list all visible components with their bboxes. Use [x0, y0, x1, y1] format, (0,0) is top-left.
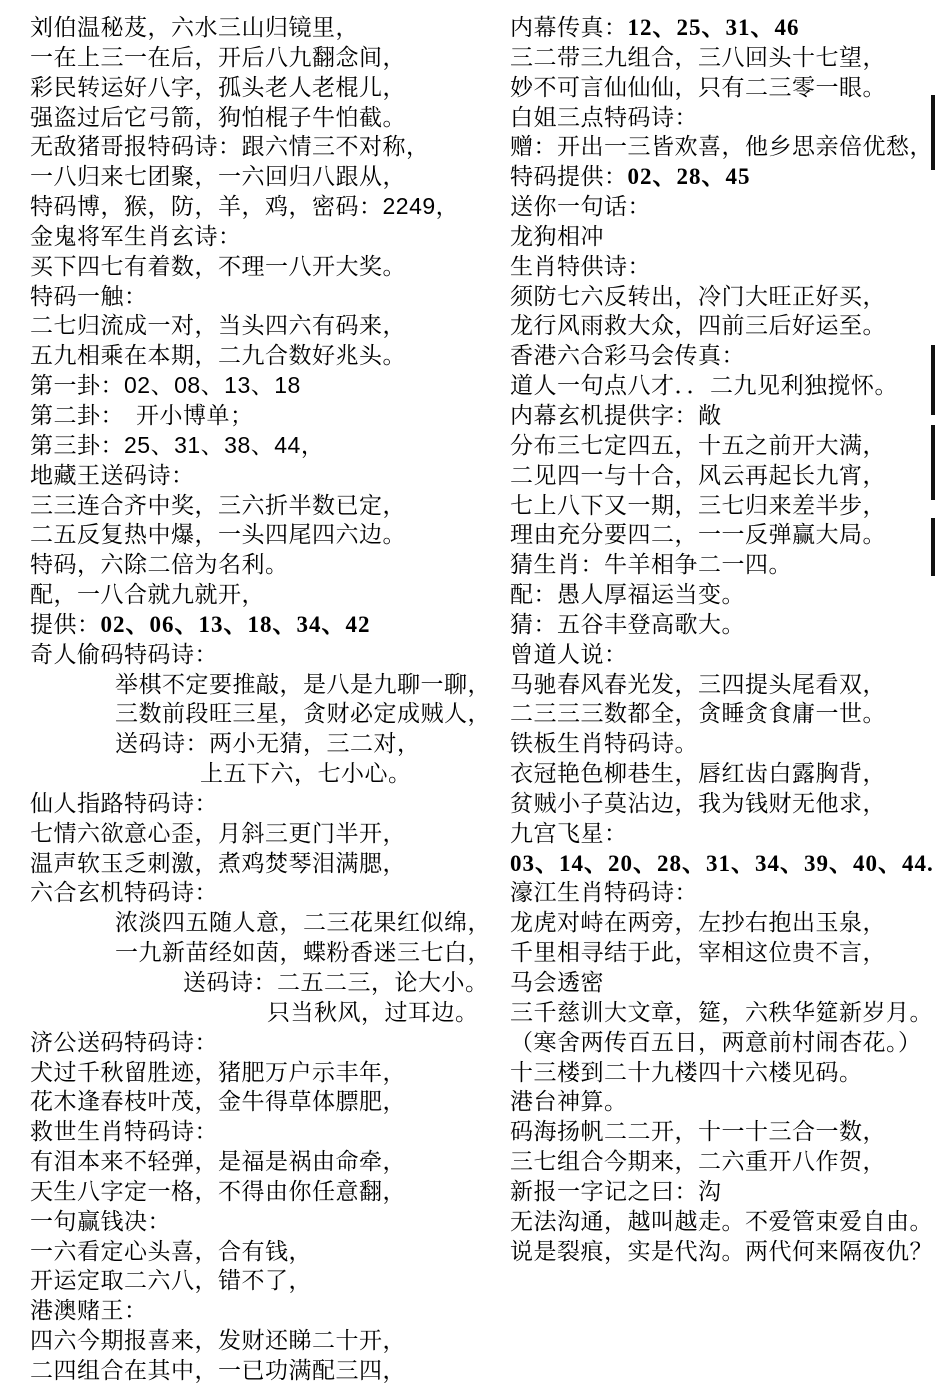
line-text: 第三卦：25、31、38、44，: [30, 432, 324, 458]
text-line: 六合玄机特码诗：: [30, 878, 500, 908]
text-line: 地藏王送码诗：: [30, 461, 500, 491]
line-text: 仙人指路特码诗：: [30, 790, 218, 816]
line-text: 三三连合齐中奖，三六折半数已定，: [30, 492, 406, 518]
line-text: 提供：: [30, 611, 101, 637]
line-text: 送码诗：两小无猜，三二对，: [115, 730, 421, 756]
text-line: 犬过千秋留胜迹，猪肥万户示丰年，: [30, 1058, 500, 1088]
line-text: 五九相乘在本期，二九合数好兆头。: [30, 342, 406, 368]
line-text: 一在上三一在后，开后八九翻念间，: [30, 44, 406, 70]
line-text: 一六看定心头喜，合有钱，: [30, 1238, 312, 1264]
text-line: 码海扬帆二二开，十一十三合一数，: [510, 1117, 935, 1147]
line-text: 内幕传真：: [510, 14, 628, 40]
line-text: 九宫飞星：: [510, 820, 628, 846]
text-line: 三三连合齐中奖，三六折半数已定，: [30, 491, 500, 521]
line-text: 说是裂痕，实是代沟。两代何来隔夜仇？: [510, 1238, 933, 1264]
line-text: 特码博，猴，防，羊，鸡，密码：2249，: [30, 193, 459, 219]
line-text: 上五下六，七小心。: [200, 760, 412, 786]
line-text: 救世生肖特码诗：: [30, 1118, 218, 1144]
text-line: 曾道人说：: [510, 640, 935, 670]
line-text: 四六今期报喜来，发财还睇二十开，: [30, 1327, 406, 1353]
line-text: 码海扬帆二二开，十一十三合一数，: [510, 1118, 886, 1144]
line-text: 须防七六反转出，冷门大旺正好买，: [510, 283, 886, 309]
scan-artifact-mark: [931, 95, 935, 170]
text-line: 上五下六，七小心。: [30, 759, 500, 789]
text-line: 九宫飞星：: [510, 819, 935, 849]
text-line: 十三楼到二十九楼四十六楼见码。: [510, 1058, 935, 1088]
text-line: 奇人偷码特码诗：: [30, 640, 500, 670]
text-line: 开运定取二六八，错不了，: [30, 1266, 500, 1296]
text-line: 送你一句话：: [510, 192, 935, 222]
text-line: 说是裂痕，实是代沟。两代何来隔夜仇？: [510, 1237, 935, 1267]
line-text: 举棋不定要推敲，是八是九聊一聊，: [115, 671, 491, 697]
line-text: 龙虎对峙在两旁，左抄右抱出玉泉，: [510, 909, 886, 935]
text-line: 济公送码特码诗：: [30, 1028, 500, 1058]
line-text: 二七归流成一对，当头四六有码来，: [30, 312, 406, 338]
number-sequence: 02、06、13、18、34、42: [101, 612, 371, 637]
right-text-column: 内幕传真：12、25、31、46三二带三九组合，三八回头十七望，妙不可言仙仙仙，…: [510, 13, 935, 1266]
text-line: 03、14、20、28、31、34、39、40、44.: [510, 849, 935, 879]
text-line: 二七归流成一对，当头四六有码来，: [30, 311, 500, 341]
text-line: 特码，六除二倍为名利。: [30, 550, 500, 580]
text-line: 送码诗：两小无猜，三二对，: [30, 729, 500, 759]
line-text: 有泪本来不轻弹，是福是祸由命牵，: [30, 1148, 406, 1174]
line-text: 六合玄机特码诗：: [30, 879, 218, 905]
line-text: 天生八字定一格，不得由你任意翻，: [30, 1178, 406, 1204]
text-line: 一八归来七团聚，一六回归八跟从，: [30, 162, 500, 192]
text-line: 三千慈训大文章，筵，六秩华筵新岁月。: [510, 998, 935, 1028]
line-text: 分布三七定四五，十五之前开大满，: [510, 432, 886, 458]
text-line: 内幕传真：12、25、31、46: [510, 13, 935, 43]
number-sequence: 03、14、20、28、31、34、39、40、44.: [510, 851, 934, 876]
line-text: 奇人偷码特码诗：: [30, 641, 218, 667]
text-line: 仙人指路特码诗：: [30, 789, 500, 819]
line-text: 马驰春风春光发，三四提头尾看双，: [510, 671, 886, 697]
text-line: 第一卦：02、08、13、18: [30, 371, 500, 401]
text-line: 一句赢钱决：: [30, 1207, 500, 1237]
line-text: 金鬼将军生肖玄诗：: [30, 223, 242, 249]
line-text: 无敌猪哥报特码诗：跟六情三不对称，: [30, 133, 430, 159]
text-line: 道人一句点八才．．二九见利独搅怀。: [510, 371, 935, 401]
text-line: 金鬼将军生肖玄诗：: [30, 222, 500, 252]
line-text: 七情六欲意心歪，月斜三更门半开，: [30, 820, 406, 846]
text-line: 特码博，猴，防，羊，鸡，密码：2249，: [30, 192, 500, 222]
text-line: 花木逢春枝叶茂，金牛得草体膘肥，: [30, 1087, 500, 1117]
line-text: 香港六合彩马会传真：: [510, 342, 745, 368]
line-text: 温声软玉乏刺激，煮鸡焚琴泪满腮，: [30, 850, 406, 876]
text-line: 香港六合彩马会传真：: [510, 341, 935, 371]
line-text: （寒舍两传百五日，两意前村闹杏花。）: [510, 1029, 922, 1055]
line-text: 浓淡四五随人意，二三花果红似绵，: [115, 909, 491, 935]
scanned-lottery-tip-sheet: 刘伯温秘芨，六水三山归镜里，一在上三一在后，开后八九翻念间，彩民转运好八字，孤头…: [0, 0, 935, 1388]
line-text: 第一卦：02、08、13、18: [30, 372, 301, 398]
line-text: 新报一字记之曰：沟: [510, 1178, 722, 1204]
line-text: 特码一触：: [30, 283, 148, 309]
line-text: 龙狗相冲: [510, 223, 604, 249]
text-line: 马驰春风春光发，三四提头尾看双，: [510, 670, 935, 700]
scan-artifact-mark: [931, 518, 935, 576]
line-text: 无法沟通，越叫越走。不爱管束爱自由。: [510, 1208, 933, 1234]
line-text: 送码诗：二五二三，论大小。: [183, 969, 489, 995]
line-text: 强盗过后它弓箭，狗怕棍子牛怕截。: [30, 104, 406, 130]
text-line: （寒舍两传百五日，两意前村闹杏花。）: [510, 1028, 935, 1058]
text-line: 特码一触：: [30, 282, 500, 312]
text-line: 强盗过后它弓箭，狗怕棍子牛怕截。: [30, 103, 500, 133]
text-line: 刘伯温秘芨，六水三山归镜里，: [30, 13, 500, 43]
line-text: 犬过千秋留胜迹，猪肥万户示丰年，: [30, 1059, 406, 1085]
text-line: 猜：五谷丰登高歌大。: [510, 610, 935, 640]
text-line: 举棋不定要推敲，是八是九聊一聊，: [30, 670, 500, 700]
text-line: 五九相乘在本期，二九合数好兆头。: [30, 341, 500, 371]
text-line: 妙不可言仙仙仙，只有二三零一眼。: [510, 73, 935, 103]
text-line: 救世生肖特码诗：: [30, 1117, 500, 1147]
line-text: 猜生肖：牛羊相争二一四。: [510, 551, 792, 577]
text-line: 龙虎对峙在两旁，左抄右抱出玉泉，: [510, 908, 935, 938]
text-line: 赠：开出一三皆欢喜，他乡思亲倍优愁，: [510, 132, 935, 162]
text-line: 生肖特供诗：: [510, 252, 935, 282]
line-text: 三七组合今期来，二六重开八作贺，: [510, 1148, 886, 1174]
line-text: 衣冠艳色柳巷生，唇红齿白露胸背，: [510, 760, 886, 786]
text-line: 无敌猪哥报特码诗：跟六情三不对称，: [30, 132, 500, 162]
text-line: 猜生肖：牛羊相争二一四。: [510, 550, 935, 580]
number-sequence: 12、25、31、46: [628, 15, 800, 40]
number-sequence: 02、28、45: [628, 164, 751, 189]
line-text: 港澳赌王：: [30, 1297, 148, 1323]
text-line: 二三三三数都全，贪睡贪食庸一世。: [510, 699, 935, 729]
line-text: 地藏王送码诗：: [30, 462, 195, 488]
line-text: 一九新苗经如茵，蝶粉香迷三七白，: [115, 939, 491, 965]
text-line: 一九新苗经如茵，蝶粉香迷三七白，: [30, 938, 500, 968]
text-line: 七上八下又一期，三七归来差半步，: [510, 491, 935, 521]
text-line: 龙狗相冲: [510, 222, 935, 252]
text-line: 一在上三一在后，开后八九翻念间，: [30, 43, 500, 73]
line-text: 刘伯温秘芨，六水三山归镜里，: [30, 14, 359, 40]
text-line: 四六今期报喜来，发财还睇二十开，: [30, 1326, 500, 1356]
line-text: 送你一句话：: [510, 193, 651, 219]
line-text: 只当秋风，过耳边。: [267, 999, 479, 1025]
text-line: 第三卦：25、31、38、44，: [30, 431, 500, 461]
left-text-column: 刘伯温秘芨，六水三山归镜里，一在上三一在后，开后八九翻念间，彩民转运好八字，孤头…: [30, 13, 500, 1386]
line-text: 开运定取二六八，错不了，: [30, 1267, 312, 1293]
line-text: 二五反复热中爆，一头四尾四六边。: [30, 521, 406, 547]
text-line: 港澳赌王：: [30, 1296, 500, 1326]
line-text: 买下四七有着数，不理一八开大奖。: [30, 253, 406, 279]
line-text: 曾道人说：: [510, 641, 628, 667]
text-line: 铁板生肖特码诗。: [510, 729, 935, 759]
line-text: 三千慈训大文章，筵，六秩华筵新岁月。: [510, 999, 933, 1025]
line-text: 港台神算。: [510, 1088, 628, 1114]
text-line: 三七组合今期来，二六重开八作贺，: [510, 1147, 935, 1177]
line-text: 彩民转运好八字，孤头老人老棍儿，: [30, 74, 406, 100]
line-text: 特码提供：: [510, 163, 628, 189]
line-text: 理由充分要四二，一一反弹赢大局。: [510, 521, 886, 547]
text-line: 龙行风雨救大众，四前三后好运至。: [510, 311, 935, 341]
line-text: 妙不可言仙仙仙，只有二三零一眼。: [510, 74, 886, 100]
line-text: 贫贼小子莫沾边，我为钱财无他求，: [510, 790, 886, 816]
text-line: 送码诗：二五二三，论大小。: [30, 968, 500, 998]
text-line: 濠江生肖特码诗：: [510, 878, 935, 908]
text-line: 分布三七定四五，十五之前开大满，: [510, 431, 935, 461]
line-text: 一八归来七团聚，一六回归八跟从，: [30, 163, 406, 189]
text-line: 港台神算。: [510, 1087, 935, 1117]
text-line: 三二带三九组合，三八回头十七望，: [510, 43, 935, 73]
scan-artifact-mark: [931, 425, 935, 500]
text-line: 二见四一与十合，风云再起长九宵，: [510, 461, 935, 491]
text-line: 内幕玄机提供字：敞: [510, 401, 935, 431]
line-text: 二见四一与十合，风云再起长九宵，: [510, 462, 886, 488]
line-text: 花木逢春枝叶茂，金牛得草体膘肥，: [30, 1088, 406, 1114]
text-line: 温声软玉乏刺激，煮鸡焚琴泪满腮，: [30, 849, 500, 879]
text-line: 配，一八合就九就开，: [30, 580, 500, 610]
text-line: 衣冠艳色柳巷生，唇红齿白露胸背，: [510, 759, 935, 789]
line-text: 道人一句点八才．．二九见利独搅怀。: [510, 372, 898, 398]
line-text: 铁板生肖特码诗。: [510, 730, 698, 756]
text-line: 贫贼小子莫沾边，我为钱财无他求，: [510, 789, 935, 819]
text-line: 二四组合在其中，一已功满配三四，: [30, 1356, 500, 1386]
line-text: 十三楼到二十九楼四十六楼见码。: [510, 1059, 863, 1085]
text-line: 理由充分要四二，一一反弹赢大局。: [510, 520, 935, 550]
line-text: 第二卦： 开小博单；: [30, 402, 254, 428]
line-text: 濠江生肖特码诗：: [510, 879, 698, 905]
line-text: 二三三三数都全，贪睡贪食庸一世。: [510, 700, 886, 726]
text-line: 特码提供：02、28、45: [510, 162, 935, 192]
text-line: 新报一字记之曰：沟: [510, 1177, 935, 1207]
line-text: 配，一八合就九就开，: [30, 581, 265, 607]
line-text: 特码，六除二倍为名利。: [30, 551, 289, 577]
text-line: 彩民转运好八字，孤头老人老棍儿，: [30, 73, 500, 103]
line-text: 配：愚人厚福运当变。: [510, 581, 745, 607]
scan-artifact-mark: [931, 345, 935, 415]
text-line: 须防七六反转出，冷门大旺正好买，: [510, 282, 935, 312]
text-line: 三数前段旺三星，贪财必定成贼人，: [30, 699, 500, 729]
text-line: 一六看定心头喜，合有钱，: [30, 1237, 500, 1267]
line-text: 一句赢钱决：: [30, 1208, 171, 1234]
line-text: 龙行风雨救大众，四前三后好运至。: [510, 312, 886, 338]
line-text: 猜：五谷丰登高歌大。: [510, 611, 745, 637]
text-line: 只当秋风，过耳边。: [30, 998, 500, 1028]
line-text: 七上八下又一期，三七归来差半步，: [510, 492, 886, 518]
text-line: 无法沟通，越叫越走。不爱管束爱自由。: [510, 1207, 935, 1237]
line-text: 赠：开出一三皆欢喜，他乡思亲倍优愁，: [510, 133, 933, 159]
line-text: 马会透密: [510, 969, 604, 995]
text-line: 第二卦： 开小博单；: [30, 401, 500, 431]
text-line: 马会透密: [510, 968, 935, 998]
text-line: 买下四七有着数，不理一八开大奖。: [30, 252, 500, 282]
text-line: 天生八字定一格，不得由你任意翻，: [30, 1177, 500, 1207]
line-text: 三二带三九组合，三八回头十七望，: [510, 44, 886, 70]
text-line: 有泪本来不轻弹，是福是祸由命牵，: [30, 1147, 500, 1177]
text-line: 千里相寻结于此，宰相这位贵不言，: [510, 938, 935, 968]
text-line: 七情六欲意心歪，月斜三更门半开，: [30, 819, 500, 849]
text-line: 二五反复热中爆，一头四尾四六边。: [30, 520, 500, 550]
line-text: 白姐三点特码诗：: [510, 104, 698, 130]
text-line: 配：愚人厚福运当变。: [510, 580, 935, 610]
line-text: 二四组合在其中，一已功满配三四，: [30, 1357, 406, 1383]
line-text: 三数前段旺三星，贪财必定成贼人，: [115, 700, 491, 726]
text-line: 提供：02、06、13、18、34、42: [30, 610, 500, 640]
text-line: 白姐三点特码诗：: [510, 103, 935, 133]
line-text: 生肖特供诗：: [510, 253, 651, 279]
text-line: 浓淡四五随人意，二三花果红似绵，: [30, 908, 500, 938]
line-text: 千里相寻结于此，宰相这位贵不言，: [510, 939, 886, 965]
line-text: 内幕玄机提供字：敞: [510, 402, 722, 428]
line-text: 济公送码特码诗：: [30, 1029, 218, 1055]
